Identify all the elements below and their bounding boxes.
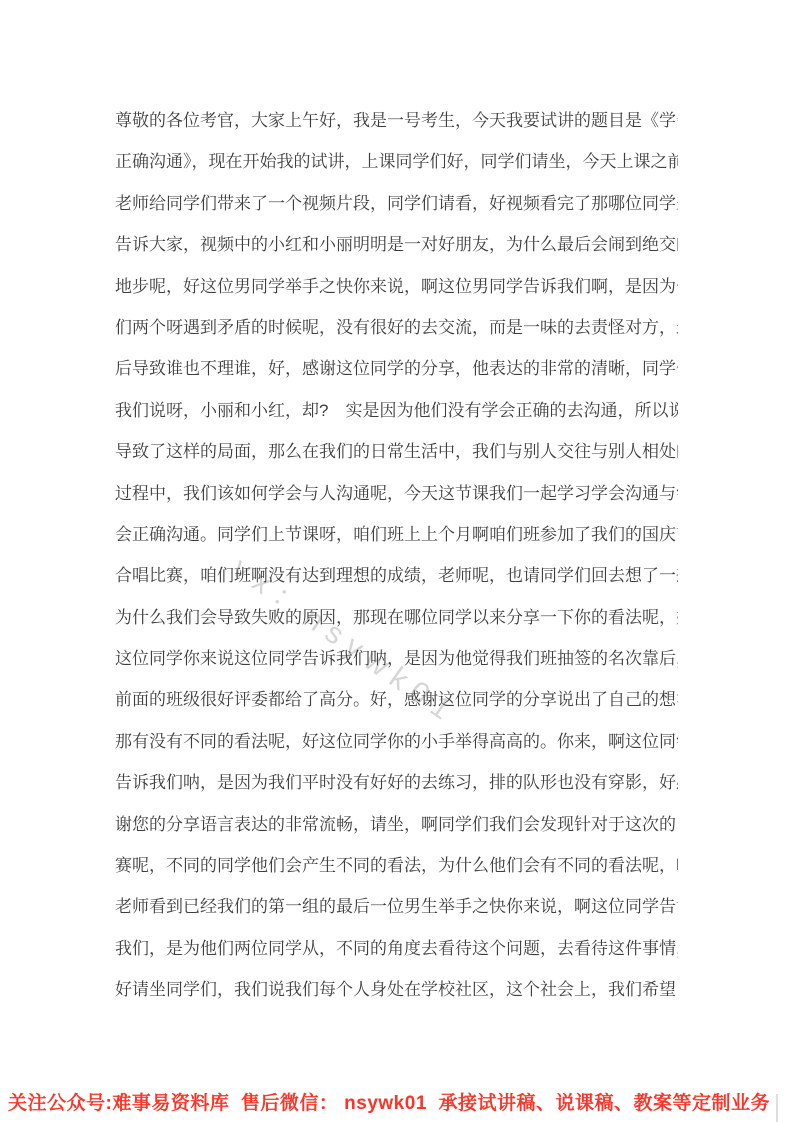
text-line: 地步呢，好这位男同学举手之快你来说，啊这位男同学告诉我们啊，是因为他 xyxy=(115,266,678,307)
scrollbar-fragment[interactable] xyxy=(776,1094,778,1122)
text-line: 合唱比赛，咱们班啊没有达到理想的成绩，老师呢，也请同学们回去想了一想， xyxy=(115,555,678,596)
footer-banner: 关注公众号:难事易资料库 售后微信： nsywk01 承接试讲稿、说课稿、教案等… xyxy=(0,1084,793,1122)
footer-promo-text: 关注公众号:难事易资料库 售后微信： nsywk01 承接试讲稿、说课稿、教案等… xyxy=(8,1088,770,1115)
text-line: 会正确沟通。同学们上节课呀，咱们班上上个月啊咱们班参加了我们的国庆节， xyxy=(115,514,678,555)
text-line: 这位同学你来说这位同学告诉我们呐，是因为他觉得我们班抽签的名次靠后， xyxy=(115,638,678,679)
text-line: 谢您的分享语言表达的非常流畅，请坐，啊同学们我们会发现针对于这次的比 xyxy=(115,804,678,845)
text-line: 老师给同学们带来了一个视频片段，同学们请看，好视频看完了那哪位同学来 xyxy=(115,183,678,224)
text-line: 那有没有不同的看法呢，好这位同学你的小手举得高高的。你来，啊这位同学 xyxy=(115,721,678,762)
text-line: 过程中，我们该如何学会与人沟通呢，今天这节课我们一起学习学会沟通与学 xyxy=(115,473,678,514)
document-text: 尊敬的各位考官，大家上午好，我是一号考生，今天我要试讲的题目是《学会 正确沟通》… xyxy=(115,100,678,1011)
text-line: 前面的班级很好评委都给了高分。好，感谢这位同学的分享说出了自己的想法， xyxy=(115,679,678,720)
text-line: 正确沟通》，现在开始我的试讲，上课同学们好，同学们请坐，今天上课之前， xyxy=(115,141,678,182)
text-line: 导致了这样的局面，那么在我们的日常生活中，我们与别人交往与别人相处的 xyxy=(115,431,678,472)
text-line: 老师看到已经我们的第一组的最后一位男生举手之快你来说，啊这位同学告诉 xyxy=(115,886,678,927)
text-line: 们两个呀遇到矛盾的时候呢，没有很好的去交流，而是一味的去责怪对方，最 xyxy=(115,307,678,348)
text-line: 告诉大家，视频中的小红和小丽明明是一对好朋友，为什么最后会闹到绝交的 xyxy=(115,224,678,265)
text-line: 后导致谁也不理谁，好，感谢这位同学的分享，他表达的非常的清晰，同学们， xyxy=(115,348,678,389)
text-line: 尊敬的各位考官，大家上午好，我是一号考生，今天我要试讲的题目是《学会 xyxy=(115,100,678,141)
document-page: vx：nsywk01 尊敬的各位考官，大家上午好，我是一号考生，今天我要试讲的题… xyxy=(0,0,793,1122)
text-line: 告诉我们呐，是因为我们平时没有好好的去练习，排的队形也没有穿影，好感 xyxy=(115,762,678,803)
text-line: 赛呢，不同的同学他们会产生不同的看法，为什么他们会有不同的看法呢，哎 xyxy=(115,845,678,886)
text-line: 好请坐同学们，我们说我们每个人身处在学校社区，这个社会上，我们希望自 xyxy=(115,969,678,1010)
text-line: 为什么我们会导致失败的原因，那现在哪位同学以来分享一下你的看法呢，好 xyxy=(115,597,678,638)
text-line: 我们，是为他们两位同学从，不同的角度去看待这个问题，去看待这件事情， xyxy=(115,928,678,969)
text-line: 我们说呀，小丽和小红，却? 实是因为他们没有学会正确的去沟通，所以说才 xyxy=(115,390,678,431)
